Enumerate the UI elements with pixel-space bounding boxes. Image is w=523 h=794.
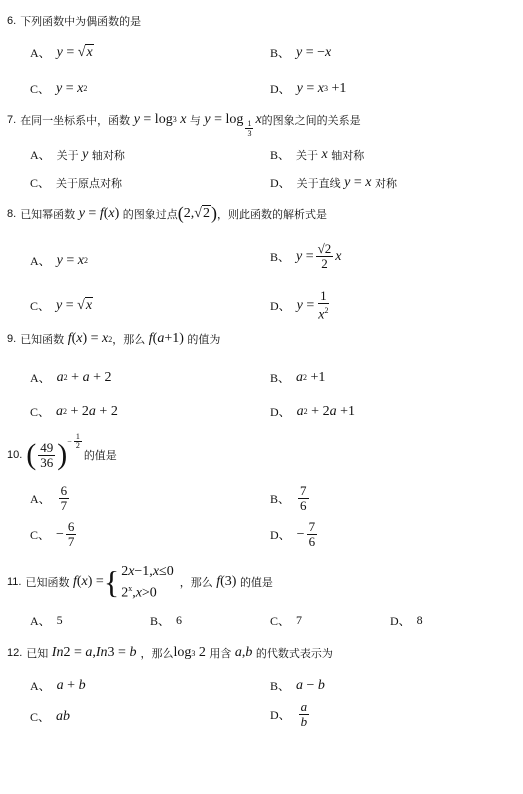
question-stem: 下列函数中为偶函数的是	[20, 13, 141, 29]
q10-option-d[interactable]: D、 −76	[270, 520, 319, 549]
q12-option-d[interactable]: D、 ab	[270, 700, 311, 729]
question-8: 8. 已知幂函数 y = f(x) 的图象过点 (2,√2) ，则此函数的解析式…	[7, 203, 327, 224]
q12-option-b[interactable]: B、 a − b	[270, 677, 325, 694]
q11-option-a[interactable]: A、 5	[30, 612, 63, 629]
q7-option-c[interactable]: C、 关于原点对称	[30, 174, 122, 191]
q10-option-c[interactable]: C、 −67	[30, 520, 78, 549]
q12-option-a[interactable]: A、 a + b	[30, 677, 86, 694]
q9-option-c[interactable]: C、 a2 + 2a + 2	[30, 403, 118, 420]
q7-option-d[interactable]: D、 关于直线 y = x 对称	[270, 174, 397, 191]
question-12: 12. 已知 In2 = a,In3 = b ，那么 log3 2 用含 a,b…	[7, 645, 333, 661]
q6-option-b[interactable]: B、 y = −x	[270, 44, 331, 61]
question-9: 9. 已知函数 f(x) = x2 ，那么 f(a+1) 的值为	[7, 331, 220, 347]
q8-option-b[interactable]: B、 y = √22x	[270, 242, 342, 271]
q6-option-a[interactable]: A、 y = √x	[30, 44, 94, 61]
q10-option-b[interactable]: B、 76	[270, 484, 311, 513]
q12-option-c[interactable]: C、 ab	[30, 708, 70, 725]
question-7: 7. 在同一坐标系中，函数 y = log3 x 与 y = log 13 x …	[7, 110, 361, 129]
q9-option-a[interactable]: A、 a2 + a + 2	[30, 369, 111, 386]
question-11: 11. 已知函数 f(x) = { 2x−1,x≤0 2x,x>0 ，那么 f(…	[7, 562, 273, 601]
q11-option-c[interactable]: C、 7	[270, 612, 302, 629]
q10-option-a[interactable]: A、 67	[30, 484, 71, 513]
q9-option-d[interactable]: D、 a2 + 2a +1	[270, 403, 355, 420]
question-10: 10. ( 4936 ) −12 的值是	[7, 440, 117, 470]
q7-option-a[interactable]: A、 关于 y 轴对称	[30, 146, 125, 163]
question-6: 6. 下列函数中为偶函数的是	[7, 13, 141, 29]
q11-option-d[interactable]: D、 8	[390, 612, 423, 629]
q7-option-b[interactable]: B、 关于 x 轴对称	[270, 146, 364, 163]
q6-option-d[interactable]: D、 y = x3 +1	[270, 80, 346, 97]
question-number: 6.	[7, 15, 16, 27]
q11-option-b[interactable]: B、 6	[150, 612, 182, 629]
q8-option-c[interactable]: C、 y = √x	[30, 297, 93, 314]
q9-option-b[interactable]: B、 a2 +1	[270, 369, 325, 386]
q6-option-c[interactable]: C、 y = x2	[30, 80, 87, 97]
q8-option-d[interactable]: D、 y = 1x2	[270, 289, 333, 323]
q8-option-a[interactable]: A、 y = x2	[30, 252, 88, 269]
